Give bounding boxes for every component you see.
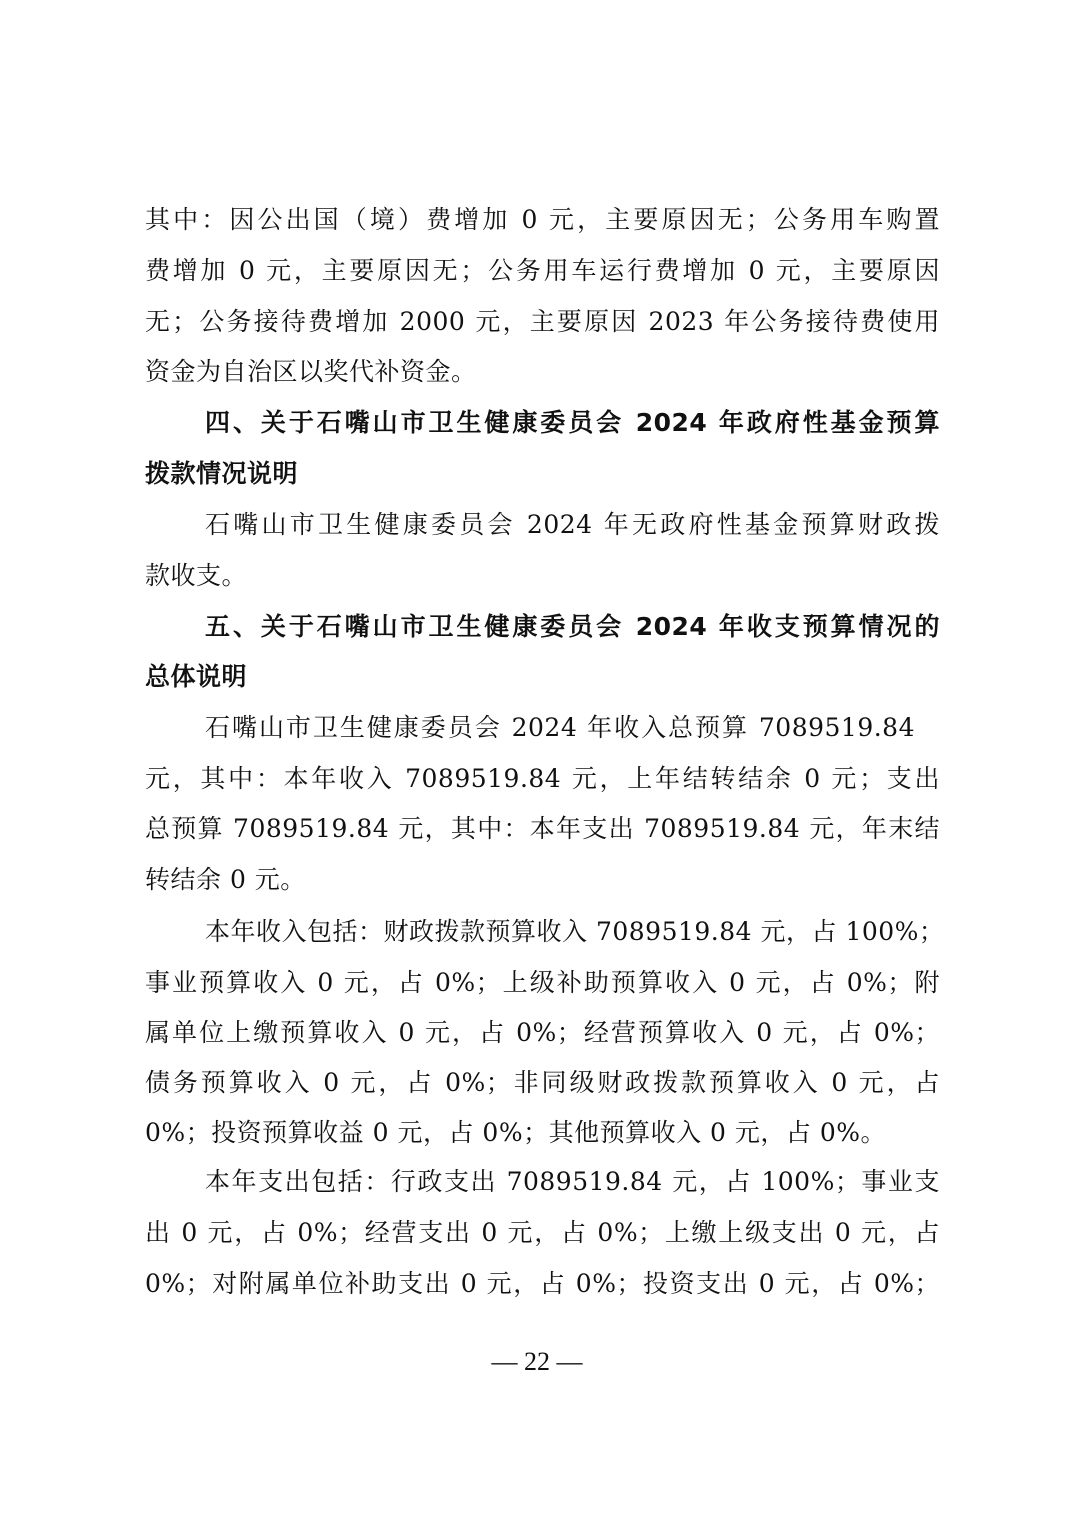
paragraph-line: 无；公务接待费增加 2000 元，主要原因 2023 年公务接待费使用 bbox=[145, 302, 940, 342]
paragraph-line: 本年支出包括：行政支出 7089519.84 元，占 100%；事业支 bbox=[205, 1162, 940, 1202]
section-heading-5-cont: 总体说明 bbox=[145, 657, 940, 697]
paragraph-line: 石嘴山市卫生健康委员会 2024 年收入总预算 7089519.84 bbox=[205, 708, 915, 748]
section-heading-4-cont: 拨款情况说明 bbox=[145, 454, 940, 494]
paragraph-line: 元，其中：本年收入 7089519.84 元，上年结转结余 0 元；支出 bbox=[145, 759, 940, 799]
paragraph-line: 款收支。 bbox=[145, 556, 940, 596]
paragraph-line: 总预算 7089519.84 元，其中：本年支出 7089519.84 元，年末… bbox=[145, 809, 940, 849]
paragraph-line: 资金为自治区以奖代补资金。 bbox=[145, 352, 940, 392]
paragraph-line: 出 0 元，占 0%；经营支出 0 元，占 0%；上缴上级支出 0 元，占 bbox=[145, 1213, 940, 1253]
section-heading-4: 四、关于石嘴山市卫生健康委员会 2024 年政府性基金预算 bbox=[205, 403, 940, 443]
paragraph-line: 事业预算收入 0 元，占 0%；上级补助预算收入 0 元，占 0%；附 bbox=[145, 963, 940, 1003]
paragraph-line: 其中：因公出国（境）费增加 0 元，主要原因无；公务用车购置 bbox=[145, 200, 940, 240]
paragraph-line: 转结余 0 元。 bbox=[145, 860, 940, 900]
page-number: — 22 — bbox=[0, 1342, 1074, 1382]
paragraph-line: 0%；对附属单位补助支出 0 元，占 0%；投资支出 0 元，占 0%； bbox=[145, 1264, 940, 1304]
paragraph-line: 费增加 0 元，主要原因无；公务用车运行费增加 0 元，主要原因 bbox=[145, 251, 940, 291]
paragraph-line: 本年收入包括：财政拨款预算收入 7089519.84 元，占 100%； bbox=[205, 912, 940, 952]
paragraph-line: 债务预算收入 0 元，占 0%；非同级财政拨款预算收入 0 元，占 bbox=[145, 1063, 940, 1103]
paragraph-line: 0%；投资预算收益 0 元，占 0%；其他预算收入 0 元，占 0%。 bbox=[145, 1113, 940, 1153]
paragraph-line: 石嘴山市卫生健康委员会 2024 年无政府性基金预算财政拨 bbox=[205, 505, 940, 545]
paragraph-line: 属单位上缴预算收入 0 元，占 0%；经营预算收入 0 元，占 0%； bbox=[145, 1013, 940, 1053]
section-heading-5: 五、关于石嘴山市卫生健康委员会 2024 年收支预算情况的 bbox=[205, 607, 940, 647]
document-page: 其中：因公出国（境）费增加 0 元，主要原因无；公务用车购置 费增加 0 元，主… bbox=[0, 0, 1074, 1520]
